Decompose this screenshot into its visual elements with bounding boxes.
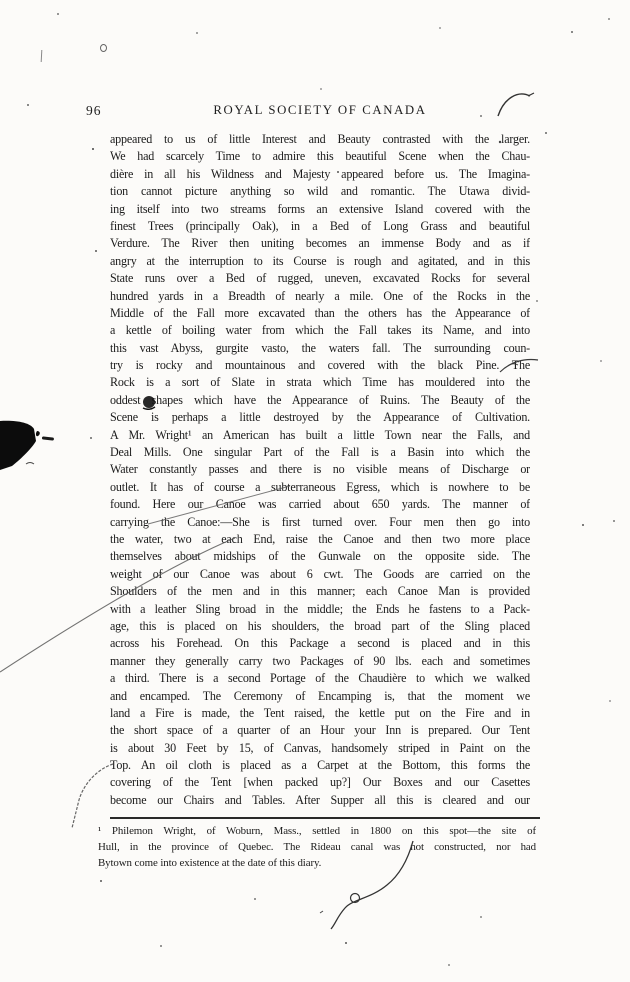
ink-blot — [0, 418, 70, 478]
body-line: oddest shapes which have the Appearance … — [110, 392, 530, 409]
body-line: outlet. It has of course a subterraneous… — [110, 479, 530, 496]
body-line: across his Forehead. On this Package a s… — [110, 635, 530, 652]
body-line: with a leather Sling broad in the middle… — [110, 601, 530, 618]
body-line: age, this is placed on his shoulders, th… — [110, 618, 530, 635]
body-line: finest Trees (principally Oak), in a Bed… — [110, 218, 530, 235]
body-line: this vast Abyss, gurgite vasto, the wate… — [110, 340, 530, 357]
body-line: Deal Mills. One singular Part of the Fal… — [110, 444, 530, 461]
body-line: try is rocky and mountainous and covered… — [110, 357, 530, 374]
scan-tick-speck — [41, 50, 43, 62]
footnote-line: Hull, in the province of Quebec. The Rid… — [98, 839, 536, 855]
body-line: Rock is a sort of Slate in strata which … — [110, 374, 530, 391]
body-line: ing itself into two streams forms an ext… — [110, 201, 530, 218]
body-line: Shoulders of the men and in this manner;… — [110, 583, 530, 600]
body-line: Top. An oil cloth is placed as a Carpet … — [110, 757, 530, 774]
footnote-line: Bytown come into existence at the date o… — [98, 855, 536, 871]
body-line: the short space of a quarter of an Hour … — [110, 722, 530, 739]
body-line: manner they generally carry two Packages… — [110, 653, 530, 670]
body-line: Scene is perhaps a little destroyed by t… — [110, 409, 530, 426]
body-line: is about 30 Feet by 15, of Canvas, hands… — [110, 740, 530, 757]
body-line: hundred yards in a Breadth of nearly a m… — [110, 288, 530, 305]
speck-dot — [0, 0, 2, 2]
body-line: State runs over a Bed of rugged, uneven,… — [110, 270, 530, 287]
scanned-book-page: 96 ROYAL SOCIETY OF CANADA appeared to u… — [0, 0, 630, 982]
running-header: 96 ROYAL SOCIETY OF CANADA — [110, 103, 530, 121]
body-line: tion cannot picture anything so wild and… — [110, 183, 530, 200]
body-line: a kettle of boiling water from which the… — [110, 322, 530, 339]
footnote-rule — [110, 817, 540, 819]
body-text: appeared to us of little Interest and Be… — [110, 131, 530, 809]
body-line: dière in all his Wildness and Majesty ap… — [110, 166, 530, 183]
body-line: and encamped. The Ceremony of Encamping … — [110, 688, 530, 705]
body-line: carrying the Canoe:—She is first turned … — [110, 514, 530, 531]
body-line: weight of our Canoe was about 6 cwt. The… — [110, 566, 530, 583]
scan-ring-speck — [100, 44, 107, 52]
body-line: the water, two at each End, raise the Ca… — [110, 531, 530, 548]
footnote: ¹ Philemon Wright, of Woburn, Mass., set… — [98, 823, 536, 871]
body-line: angry at the interruption to its Course … — [110, 253, 530, 270]
scan-noise-specks — [0, 0, 1, 1]
body-line: A Mr. Wright¹ an American has built a li… — [110, 427, 530, 444]
body-line: become our Chairs and Tables. After Supp… — [110, 792, 530, 809]
footnote-line: ¹ Philemon Wright, of Woburn, Mass., set… — [98, 823, 536, 839]
body-line: covering of the Tent [when packed up?] O… — [110, 774, 530, 791]
body-line: found. Here our Canoe was carried about … — [110, 496, 530, 513]
body-line: appeared to us of little Interest and Be… — [110, 131, 530, 148]
body-line: We had scarcely Time to admire this beau… — [110, 148, 530, 165]
page-title: ROYAL SOCIETY OF CANADA — [110, 103, 530, 118]
body-line: a third. There is a second Portage of th… — [110, 670, 530, 687]
body-line: Verdure. The River then uniting becomes … — [110, 235, 530, 252]
body-line: land a Fire is made, the Tent raised, th… — [110, 705, 530, 722]
page-number: 96 — [86, 103, 102, 119]
body-line: themselves about midships of the Gunwale… — [110, 548, 530, 565]
body-line: Water constantly passes and there is no … — [110, 461, 530, 478]
body-line: Middle of the Fall more excavated than t… — [110, 305, 530, 322]
